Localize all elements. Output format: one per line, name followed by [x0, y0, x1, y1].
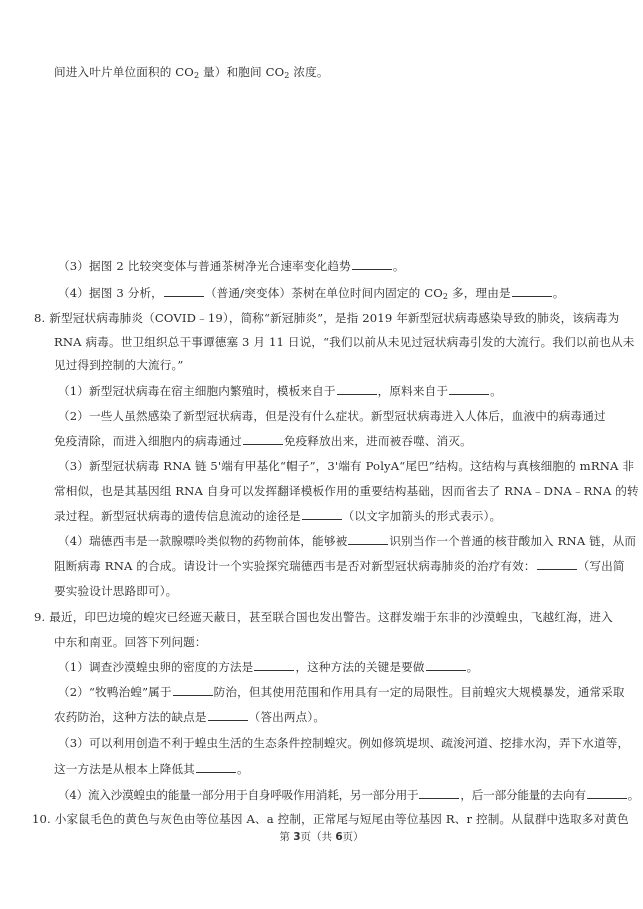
- q9-part2-line1: （2）“牧鸭治蝗”属于防治，但其使用范围和作用具有一定的局限性。目前蝗灾大规模暴…: [58, 684, 625, 700]
- question-text: 小家鼠毛色的黄色与灰色由等位基因 A、a 控制，正常尾与短尾由等位基因 R、r …: [55, 812, 629, 826]
- q7-part4: （4）据图 3 分析，（普通/突变体）茶树在单位时间内固定的 CO2 多，理由是…: [58, 285, 564, 301]
- question-text: 录过程。新型冠状病毒的遗传信息流动的途径是: [54, 509, 301, 523]
- q8-part4-line3: 要实验设计思路即可）。: [54, 583, 177, 599]
- text-segment: 浓度。: [290, 65, 329, 79]
- answer-blank[interactable]: [537, 558, 577, 570]
- question-text: 免疫释放出来，进而被吞噬、消灭。: [284, 434, 472, 448]
- answer-blank[interactable]: [348, 533, 388, 545]
- answer-blank[interactable]: [426, 659, 466, 671]
- question-text: 多，理由是: [448, 286, 511, 300]
- question-number: 10.: [32, 812, 51, 826]
- text-segment: 间进入叶片单位面积的 CO: [54, 65, 194, 79]
- total-pages: 6: [335, 831, 342, 843]
- question-text: （3）据图 2 比较突变体与普通茶树净光合速率变化趋势: [58, 259, 351, 273]
- question-text: ，原料来自于: [378, 384, 448, 398]
- answer-blank[interactable]: [337, 383, 377, 395]
- answer-blank[interactable]: [243, 433, 283, 445]
- question-text: 这一方法是从根本上降低其: [54, 762, 195, 776]
- q9-part4: （4）流入沙漠蝗虫的能量一部分用于自身呼吸作用消耗，另一部分用于，后一部分能量的…: [58, 787, 639, 803]
- question-text: （2）“牧鸭治蝗”属于: [58, 685, 172, 699]
- q8-part4-line1: （4）瑞德西韦是一款腺嘌呤类似物的药物前体，能够被识别当作一个普通的核苷酸加入 …: [58, 533, 636, 549]
- question-text: （1）新型冠状病毒在宿主细胞内繁殖时，模板来自于: [58, 384, 336, 398]
- q8-stem-line3: 见过得到控制的大流行。”: [54, 357, 183, 373]
- footer-text: 第: [279, 831, 293, 843]
- answer-blank[interactable]: [173, 684, 213, 696]
- question-text: 防治，但其使用范围和作用具有一定的局限性。目前蝗灾大规模暴发，通常采取: [214, 685, 625, 699]
- answer-blank[interactable]: [587, 787, 627, 799]
- q8-part1: （1）新型冠状病毒在宿主细胞内繁殖时，模板来自于，原料来自于。: [58, 383, 502, 399]
- q9-part1: （1）调查沙漠蝗虫卵的密度的方法是，这种方法的关键是要做。: [58, 659, 478, 675]
- question-text: （3）新型冠状病毒 RNA 链 5'端有甲基化“帽子”，3'端有 PolyA“尾…: [58, 459, 634, 473]
- answer-blank[interactable]: [352, 258, 392, 270]
- question-text: （2）一些人虽然感染了新型冠状病毒，但是没有什么症状。新型冠状病毒进入人体后，血…: [58, 409, 606, 423]
- question-text: 。: [628, 788, 639, 802]
- question-text: 。: [467, 660, 479, 674]
- answer-blank[interactable]: [419, 787, 459, 799]
- page-footer: 第 3页（共 6页）: [0, 829, 643, 844]
- text-segment: 量）和胞间 CO: [199, 65, 284, 79]
- question-text: （4）流入沙漠蝗虫的能量一部分用于自身呼吸作用消耗，另一部分用于: [58, 788, 418, 802]
- question-text: 新型冠状病毒肺炎（COVID﹣19），简称“新冠肺炎”，是指 2019 年新型冠…: [49, 311, 619, 325]
- question-text: 农药防治，这种方法的缺点是: [54, 710, 207, 724]
- q10-stem-line1: 10. 小家鼠毛色的黄色与灰色由等位基因 A、a 控制，正常尾与短尾由等位基因 …: [32, 811, 629, 827]
- q9-part3-line2: 这一方法是从根本上降低其。: [54, 761, 249, 777]
- footer-text: 页（共: [301, 831, 336, 843]
- question-text: （普通/突变体）茶树在单位时间内固定的 CO: [205, 286, 443, 300]
- question-text: 。: [490, 384, 502, 398]
- q9-part2-line2: 农药防治，这种方法的缺点是（答出两点）。: [54, 709, 325, 725]
- q8-part3-line3: 录过程。新型冠状病毒的遗传信息流动的途径是（以文字加箭头的形式表示）。: [54, 508, 501, 524]
- question-text: （4）据图 3 分析，: [58, 286, 163, 300]
- question-text: 。: [393, 259, 405, 273]
- question-text: （答出两点）。: [249, 710, 325, 724]
- question-text: 阻断病毒 RNA 的合成。请设计一个实验探究瑞德西韦是否对新型冠状病毒肺炎的治疗…: [54, 559, 536, 573]
- question-text: 。: [237, 762, 249, 776]
- question-text: ，这种方法的关键是要做: [295, 660, 424, 674]
- question-text: （写出简: [578, 559, 625, 573]
- question-text: 要实验设计思路即可）。: [54, 584, 177, 598]
- question-text: （以文字加箭头的形式表示）。: [343, 509, 502, 523]
- question-text: （1）调查沙漠蝗虫卵的密度的方法是: [58, 660, 253, 674]
- question-text: 常相似，也是其基因组 RNA 自身可以发挥翻译模板作用的重要结构基础，因而省去了…: [54, 484, 639, 498]
- q7-part3: （3）据图 2 比较突变体与普通茶树净光合速率变化趋势。: [58, 258, 405, 274]
- figure-placeholder-area: [54, 95, 594, 245]
- question-number: 8.: [34, 311, 45, 325]
- answer-blank[interactable]: [208, 709, 248, 721]
- question-number: 9.: [34, 610, 45, 624]
- question-text: （4）瑞德西韦是一款腺嘌呤类似物的药物前体，能够被: [58, 534, 347, 548]
- continuation-text: 间进入叶片单位面积的 CO2 量）和胞间 CO2 浓度。: [54, 64, 329, 80]
- q8-part3-line1: （3）新型冠状病毒 RNA 链 5'端有甲基化“帽子”，3'端有 PolyA“尾…: [58, 458, 634, 474]
- q8-part2-line1: （2）一些人虽然感染了新型冠状病毒，但是没有什么症状。新型冠状病毒进入人体后，血…: [58, 408, 606, 424]
- question-text: （3）可以利用创造不利于蝗虫生活的生态条件控制蝗灾。例如修筑堤坝、疏浚河道、挖排…: [58, 736, 629, 750]
- q9-part3-line1: （3）可以利用创造不利于蝗虫生活的生态条件控制蝗灾。例如修筑堤坝、疏浚河道、挖排…: [58, 735, 629, 751]
- q8-part2-line2: 免疫清除，而进入细胞内的病毒通过免疫释放出来，进而被吞噬、消灭。: [54, 433, 472, 449]
- q8-stem-line1: 8. 新型冠状病毒肺炎（COVID﹣19），简称“新冠肺炎”，是指 2019 年…: [34, 310, 619, 326]
- question-text: ，后一部分能量的去向有: [460, 788, 585, 802]
- question-text: 中东和南亚。回答下列问题：: [54, 635, 207, 649]
- answer-blank[interactable]: [302, 508, 342, 520]
- q9-stem-line2: 中东和南亚。回答下列问题：: [54, 634, 207, 650]
- q8-part3-line2: 常相似，也是其基因组 RNA 自身可以发挥翻译模板作用的重要结构基础，因而省去了…: [54, 483, 639, 499]
- answer-blank[interactable]: [449, 383, 489, 395]
- footer-text: 页）: [343, 831, 364, 843]
- question-text: 免疫清除，而进入细胞内的病毒通过: [54, 434, 242, 448]
- answer-blank[interactable]: [196, 761, 236, 773]
- question-text: RNA 病毒。世卫组织总干事谭德塞 3 月 11 日说，“我们以前从未见过冠状病…: [54, 335, 635, 349]
- page-number: 3: [293, 831, 300, 843]
- answer-blank[interactable]: [254, 659, 294, 671]
- question-text: 见过得到控制的大流行。”: [54, 358, 183, 372]
- q9-stem-line1: 9. 最近，印巴边境的蝗灾已经遮天蔽日，甚至联合国也发出警告。这群发端于东非的沙…: [34, 609, 613, 625]
- question-text: 。: [553, 286, 565, 300]
- q8-part4-line2: 阻断病毒 RNA 的合成。请设计一个实验探究瑞德西韦是否对新型冠状病毒肺炎的治疗…: [54, 558, 625, 574]
- answer-blank[interactable]: [512, 285, 552, 297]
- question-text: 识别当作一个普通的核苷酸加入 RNA 链，从而: [389, 534, 636, 548]
- question-text: 最近，印巴边境的蝗灾已经遮天蔽日，甚至联合国也发出警告。这群发端于东非的沙漠蝗虫…: [49, 610, 613, 624]
- q8-stem-line2: RNA 病毒。世卫组织总干事谭德塞 3 月 11 日说，“我们以前从未见过冠状病…: [54, 334, 635, 350]
- answer-blank[interactable]: [164, 285, 204, 297]
